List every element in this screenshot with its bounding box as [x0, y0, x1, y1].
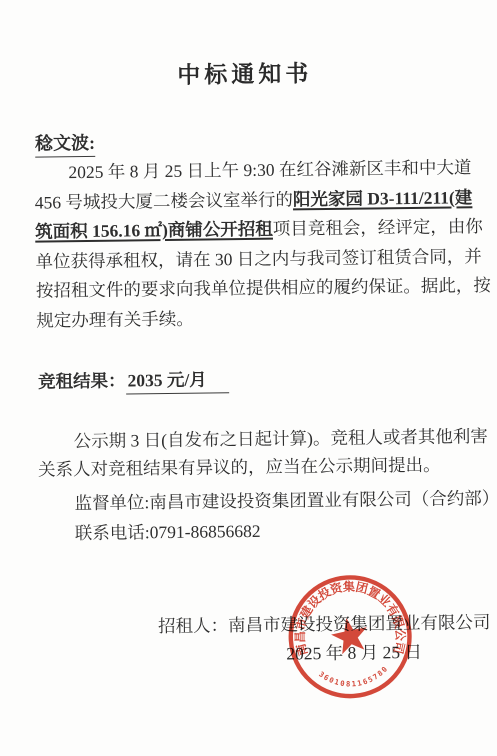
- document-title: 中标通知书: [0, 53, 493, 92]
- document-page: 中标通知书 稔文波: 2025 年 8 月 25 日上午 9:30 在红谷滩新区…: [0, 0, 497, 756]
- body-text: 项目竞租会，经评定，由你: [273, 216, 483, 239]
- notice-paragraph: 公示期 3 日(自发布之日起计算)。竞租人或者其他利害 关系人对竞租结果有异议的…: [38, 423, 465, 483]
- notice-line: 关系人对竞租结果有异议的，应当在公示期间提出。: [38, 451, 464, 484]
- document-content: 中标通知书 稔文波: 2025 年 8 月 25 日上午 9:30 在红谷滩新区…: [0, 0, 497, 756]
- salutation: 稔文波:: [35, 129, 95, 158]
- body-text: 2025 年 8 月 25 日上午 9:30 在红谷滩新区丰和中大道: [68, 157, 471, 182]
- seal-star-icon: [328, 614, 371, 655]
- highlight-text: 筑面积 156.16 ㎡)商铺公开招租: [35, 219, 273, 242]
- body-text: 规定办理有关手续。: [36, 309, 194, 331]
- result-line: 竞租结果：2035 元/月: [38, 366, 229, 395]
- supervisor-line: 监督单位:南昌市建设投资集团置业有限公司（合约部）: [74, 485, 497, 515]
- seal-company-arc: 南昌市建设投资集团置业有限公司: [289, 575, 409, 662]
- highlight-text: 阳光家园 D3-111/211(建: [293, 187, 473, 209]
- body-line: 2025 年 8 月 25 日上午 9:30 在红谷滩新区丰和中大道: [34, 153, 460, 188]
- body-text: 456 号城投大厦二楼会议室举行的: [35, 189, 293, 212]
- body-text: 单位获得承租权，请在 30 日之内与我司签订租赁合同，并: [35, 246, 481, 271]
- body-line: 按招租文件的要求向我单位提供相应的履约保证。据此，按: [36, 272, 462, 307]
- body-paragraph: 2025 年 8 月 25 日上午 9:30 在红谷滩新区丰和中大道 456 号…: [34, 153, 462, 336]
- phone-line: 联系电话:0791-86856682: [75, 518, 261, 545]
- official-seal: 南昌市建设投资集团置业有限公司 3601081165780: [279, 566, 421, 708]
- result-label: 竞租结果：: [38, 370, 126, 391]
- result-value: 2035 元/月: [125, 366, 229, 394]
- body-line: 规定办理有关手续。: [36, 301, 462, 336]
- body-text: 按招租文件的要求向我单位提供相应的履约保证。据此，按: [36, 275, 491, 301]
